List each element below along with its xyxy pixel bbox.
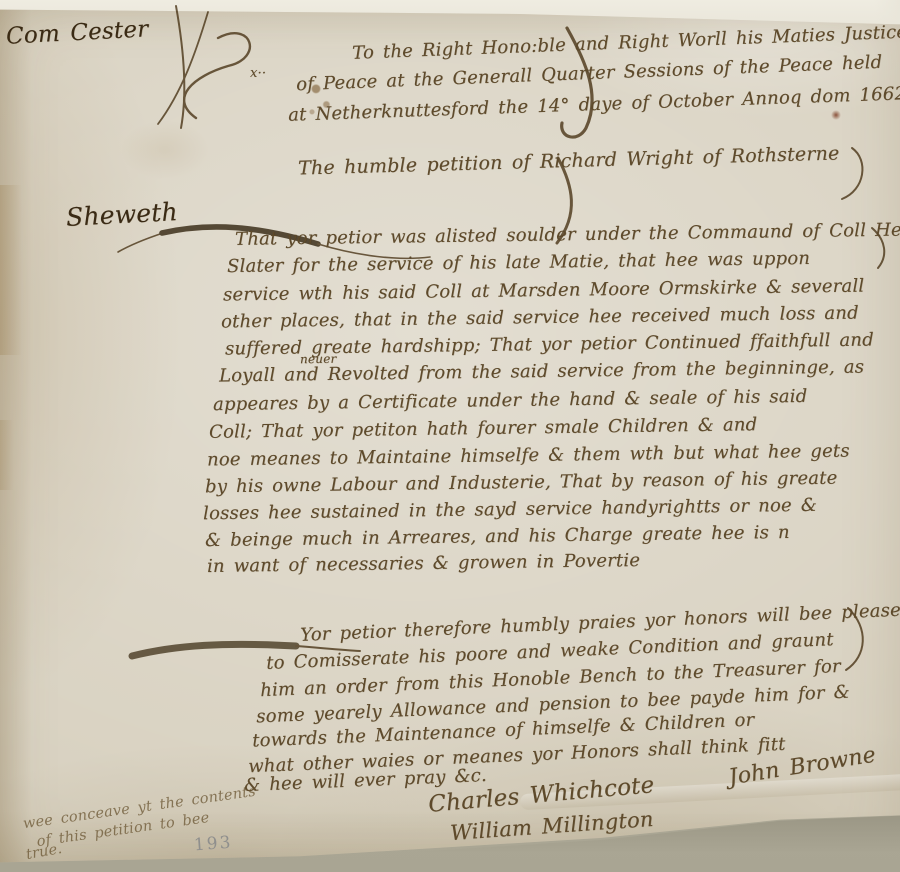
- sheweth-label: Sheweth: [65, 197, 178, 232]
- folio-number-pencil: 193: [193, 833, 233, 856]
- marginal-x-mark: x··: [250, 66, 266, 81]
- manuscript-photo: Com Cester x·· To the Right Hono:ble and…: [0, 0, 900, 872]
